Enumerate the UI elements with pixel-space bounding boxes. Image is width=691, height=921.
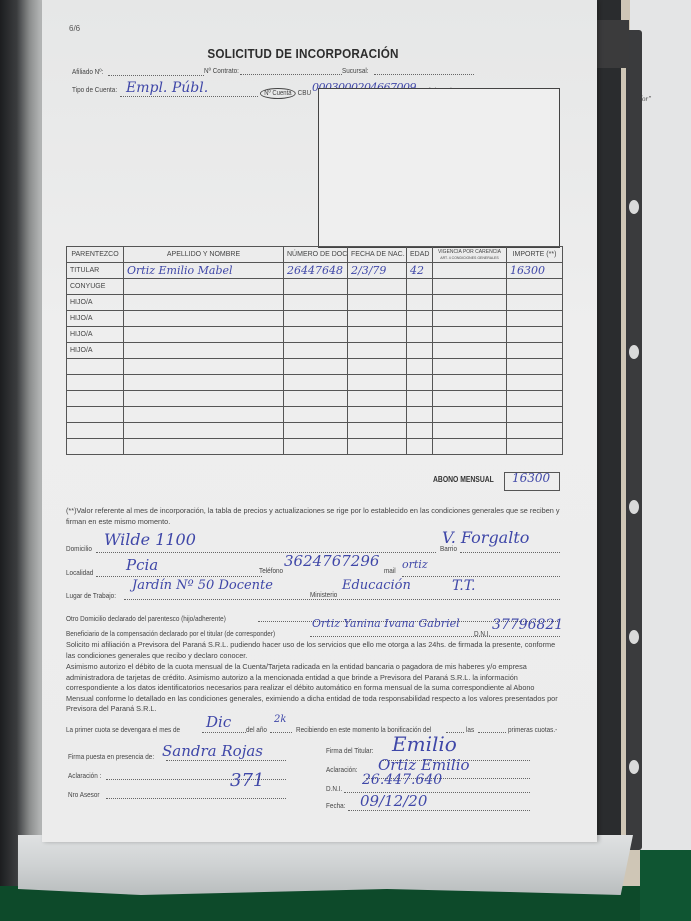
cell-nombre[interactable] (124, 407, 284, 423)
cell-doc[interactable] (284, 439, 348, 455)
nro-cuenta-label: Nº Cuenta CBU (260, 88, 311, 97)
cell-fecha-nac[interactable] (348, 343, 407, 359)
localidad-value: Pcia (126, 556, 158, 574)
cell-doc[interactable] (284, 295, 348, 311)
cell-parentesco: HIJO/A (67, 311, 124, 327)
cell-fecha-nac[interactable] (348, 359, 407, 375)
cell-doc[interactable] (284, 343, 348, 359)
table-row (67, 359, 563, 375)
nro-cuenta-circled: Nº Cuenta (260, 88, 296, 99)
cell-importe[interactable]: 16300 (507, 263, 563, 279)
localidad-field[interactable] (96, 576, 262, 577)
ministerio-value: Educación (342, 578, 411, 593)
binder-hole (629, 630, 639, 644)
asesor-value: 371 (230, 770, 264, 791)
cell-fecha-nac[interactable] (348, 327, 407, 343)
telefono-value: 3624767296 (284, 552, 379, 570)
asesor-label: Nro Asesor (68, 790, 100, 799)
table-header-row: PARENTEZCO APELLIDO Y NOMBRE NÚMERO DE D… (67, 247, 563, 263)
localidad-label: Localidad (66, 568, 93, 577)
cell-nombre[interactable] (124, 439, 284, 455)
cell-nombre[interactable] (124, 343, 284, 359)
price-note: (**)Valor referente al mes de incorporac… (66, 506, 560, 527)
mes-value: Dic (206, 713, 231, 731)
dni-label: D.N.I. (326, 784, 342, 793)
cell-doc[interactable] (284, 359, 348, 375)
table-row (67, 423, 563, 439)
cell-fecha-nac[interactable] (348, 439, 407, 455)
form-title: SOLICITUD DE INCORPORACIÓN (68, 46, 538, 61)
cell-nombre[interactable] (124, 279, 284, 295)
afiliado-field[interactable] (108, 75, 204, 76)
cell-edad[interactable] (407, 423, 433, 439)
cell-nombre[interactable] (124, 311, 284, 327)
cell-importe[interactable] (507, 279, 563, 295)
cell-importe[interactable] (507, 391, 563, 407)
cell-importe[interactable] (507, 439, 563, 455)
paper-stack (18, 835, 633, 895)
table-row: CONYUGE (67, 279, 563, 295)
primer-cuota-label: La primer cuota se devengara el mes de (66, 725, 180, 734)
cell-importe[interactable] (507, 327, 563, 343)
tipo-cuenta-value: Empl. Públ. (126, 80, 208, 96)
table-row: HIJO/A (67, 343, 563, 359)
cell-importe[interactable] (507, 375, 563, 391)
cell-edad[interactable] (407, 359, 433, 375)
mail-field[interactable] (402, 576, 560, 577)
domicilio-label: Domicilio (66, 544, 92, 553)
table-row: TITULAROrtiz Emilio Mabel264476482/3/794… (67, 263, 563, 279)
table-body: TITULAROrtiz Emilio Mabel264476482/3/794… (67, 263, 563, 455)
mail-label: mail (384, 566, 396, 575)
cell-nombre[interactable] (124, 423, 284, 439)
cell-fecha-nac[interactable] (348, 279, 407, 295)
cell-vigencia[interactable] (433, 295, 507, 311)
cell-vigencia[interactable] (433, 375, 507, 391)
cell-edad[interactable]: 42 (407, 263, 433, 279)
cell-parentesco (67, 359, 124, 375)
cell-fecha-nac[interactable] (348, 295, 407, 311)
cell-vigencia[interactable] (433, 343, 507, 359)
cell-doc[interactable] (284, 423, 348, 439)
barrio-value: V. Forgalto (442, 528, 529, 547)
binder-hole (629, 500, 639, 514)
mes-field[interactable] (202, 732, 246, 733)
cell-nombre[interactable] (124, 391, 284, 407)
table-row (67, 439, 563, 455)
trabajo-value: Jardín Nº 50 Docente (132, 578, 273, 593)
sucursal-field[interactable] (374, 74, 474, 75)
contrato-field[interactable] (240, 74, 342, 75)
cell-vigencia[interactable] (433, 359, 507, 375)
cell-vigencia[interactable] (433, 263, 507, 279)
firma-titular-label: Firma del Titular: (326, 746, 373, 755)
sucursal-label: Sucursal: (342, 66, 369, 75)
cell-parentesco (67, 375, 124, 391)
application-form-sheet: 6/6 SOLICITUD DE INCORPORACIÓN Afiliado … (42, 0, 597, 842)
cell-importe[interactable] (507, 359, 563, 375)
fecha-field[interactable] (348, 810, 530, 811)
beneficiario-field[interactable] (310, 636, 560, 637)
cell-vigencia[interactable] (433, 407, 507, 423)
header-vigencia-note: ART. 4 CONDICIONES GENERALES (436, 255, 503, 261)
asesor-field[interactable] (106, 798, 286, 799)
titular-signature: Emilio (392, 732, 457, 756)
binder-left-edge (0, 0, 42, 921)
cell-fecha-nac[interactable] (348, 311, 407, 327)
cell-parentesco: HIJO/A (67, 327, 124, 343)
domicilio-value: Wilde 1100 (104, 530, 196, 549)
binder-hole (629, 345, 639, 359)
anio-field[interactable] (270, 732, 292, 733)
header-importe: IMPORTE (**) (507, 247, 563, 263)
trabajo-field[interactable] (124, 599, 560, 600)
mail-value: ortiz (402, 558, 428, 571)
binder-hole (629, 760, 639, 774)
telefono-label: Teléfono (259, 566, 283, 575)
cell-fecha-nac[interactable] (348, 407, 407, 423)
cell-doc[interactable] (284, 391, 348, 407)
beneficiario-label: Beneficiario de la compensación declarad… (66, 629, 275, 638)
cell-nombre[interactable] (124, 359, 284, 375)
affiliation-request-text: Solicito mi afiliación a Previsora del P… (66, 640, 560, 661)
header-fecha-nac: FECHA DE NAC. (348, 247, 407, 263)
presencia-signature: Sandra Rojas (162, 742, 263, 760)
tipo-cuenta-label: Tipo de Cuenta: (72, 85, 117, 94)
cell-vigencia[interactable] (433, 439, 507, 455)
anio-value: 2k (274, 714, 286, 725)
cell-fecha-nac[interactable] (348, 375, 407, 391)
table-row: HIJO/A (67, 295, 563, 311)
debit-authorization-text: Asimismo autorizo el débito de la cuota … (66, 662, 560, 715)
cell-vigencia[interactable] (433, 327, 507, 343)
header-parentesco: PARENTEZCO (67, 247, 124, 263)
las-label: las (466, 725, 474, 734)
cell-edad[interactable] (407, 391, 433, 407)
fecha-value: 09/12/20 (360, 792, 427, 810)
cell-edad[interactable] (407, 439, 433, 455)
anio-label: del año (246, 725, 267, 734)
cell-doc[interactable] (284, 279, 348, 295)
abono-mensual-label: ABONO MENSUAL (433, 475, 494, 484)
cell-parentesco (67, 407, 124, 423)
dni-value: 26.447.640 (362, 772, 442, 788)
tipo-cuenta-field[interactable] (120, 96, 258, 97)
cell-edad[interactable] (407, 295, 433, 311)
cell-edad[interactable] (407, 327, 433, 343)
cell-doc[interactable]: 26447648 (284, 263, 348, 279)
otro-domicilio-label: Otro Domicilio declarado del parentesco … (66, 614, 226, 623)
cell-importe[interactable] (507, 423, 563, 439)
cell-parentesco: CONYUGE (67, 279, 124, 295)
cell-doc[interactable] (284, 327, 348, 343)
cell-vigencia[interactable] (433, 423, 507, 439)
presencia-label: Firma puesta en presencia de: (68, 752, 154, 761)
domicilio-field[interactable] (96, 552, 436, 553)
green-tabletop-corner (640, 850, 691, 921)
afiliado-label: Afiliado Nº: (72, 67, 103, 76)
cell-fecha-nac[interactable] (348, 391, 407, 407)
contrato-label: Nº Contrato: (204, 66, 239, 75)
ministerio-label: Ministerio (310, 590, 337, 599)
aclaracion-left-label: Aclaración : (68, 771, 101, 780)
presencia-field[interactable] (166, 760, 286, 761)
cell-importe[interactable] (507, 343, 563, 359)
cell-edad[interactable] (407, 407, 433, 423)
cell-parentesco (67, 439, 124, 455)
header-vigencia-title: VIGENCIA POR CARENCIA (436, 249, 503, 255)
cell-importe[interactable] (507, 407, 563, 423)
header-documento: NÚMERO DE DOC. (284, 247, 348, 263)
cell-edad[interactable] (407, 375, 433, 391)
barrio-field[interactable] (460, 552, 560, 553)
trabajo-label: Lugar de Trabajo: (66, 591, 116, 600)
fecha-label: Fecha: (326, 801, 345, 810)
table-row: HIJO/A (67, 327, 563, 343)
cell-doc[interactable] (284, 407, 348, 423)
binder-strip (626, 30, 642, 850)
cell-parentesco (67, 391, 124, 407)
header-nombre: APELLIDO Y NOMBRE (124, 247, 284, 263)
cell-doc[interactable] (284, 375, 348, 391)
cell-vigencia[interactable] (433, 311, 507, 327)
beneficiario-value: Ortiz Yanina Ivana Gabriel (312, 617, 460, 630)
primeras-cuotas-label: primeras cuotas.- (508, 725, 557, 734)
cell-fecha-nac[interactable] (348, 423, 407, 439)
cell-importe[interactable] (507, 311, 563, 327)
cell-nombre[interactable] (124, 327, 284, 343)
ministerio-extra: T.T. (452, 578, 475, 594)
abono-mensual-value: 16300 (512, 471, 550, 485)
cell-nombre[interactable]: Ortiz Emilio Mabel (124, 263, 284, 279)
cell-edad[interactable] (407, 311, 433, 327)
cell-parentesco: HIJO/A (67, 343, 124, 359)
cell-nombre[interactable] (124, 295, 284, 311)
cbu-label: CBU (298, 88, 311, 97)
cell-nombre[interactable] (124, 375, 284, 391)
page-number: 6/6 (69, 24, 80, 33)
cell-parentesco (67, 423, 124, 439)
cell-parentesco: HIJO/A (67, 295, 124, 311)
table-row (67, 391, 563, 407)
table-row (67, 375, 563, 391)
cell-vigencia[interactable] (433, 391, 507, 407)
header-edad: EDAD (407, 247, 433, 263)
members-table: PARENTEZCO APELLIDO Y NOMBRE NÚMERO DE D… (66, 246, 563, 455)
table-row: HIJO/A (67, 311, 563, 327)
photo-box (318, 88, 560, 248)
cell-edad[interactable] (407, 279, 433, 295)
cell-parentesco: TITULAR (67, 263, 124, 279)
cell-vigencia[interactable] (433, 279, 507, 295)
cell-doc[interactable] (284, 311, 348, 327)
beneficiario-dni-value: 37796821 (492, 617, 563, 633)
header-vigencia: VIGENCIA POR CARENCIAART. 4 CONDICIONES … (433, 247, 507, 263)
table-row (67, 407, 563, 423)
cell-edad[interactable] (407, 343, 433, 359)
las-field[interactable] (478, 732, 506, 733)
binder-hole (629, 200, 639, 214)
aclaracion-right-label: Aclaración: (326, 765, 358, 774)
cell-fecha-nac[interactable]: 2/3/79 (348, 263, 407, 279)
binder-tab (597, 20, 629, 68)
cell-importe[interactable] (507, 295, 563, 311)
